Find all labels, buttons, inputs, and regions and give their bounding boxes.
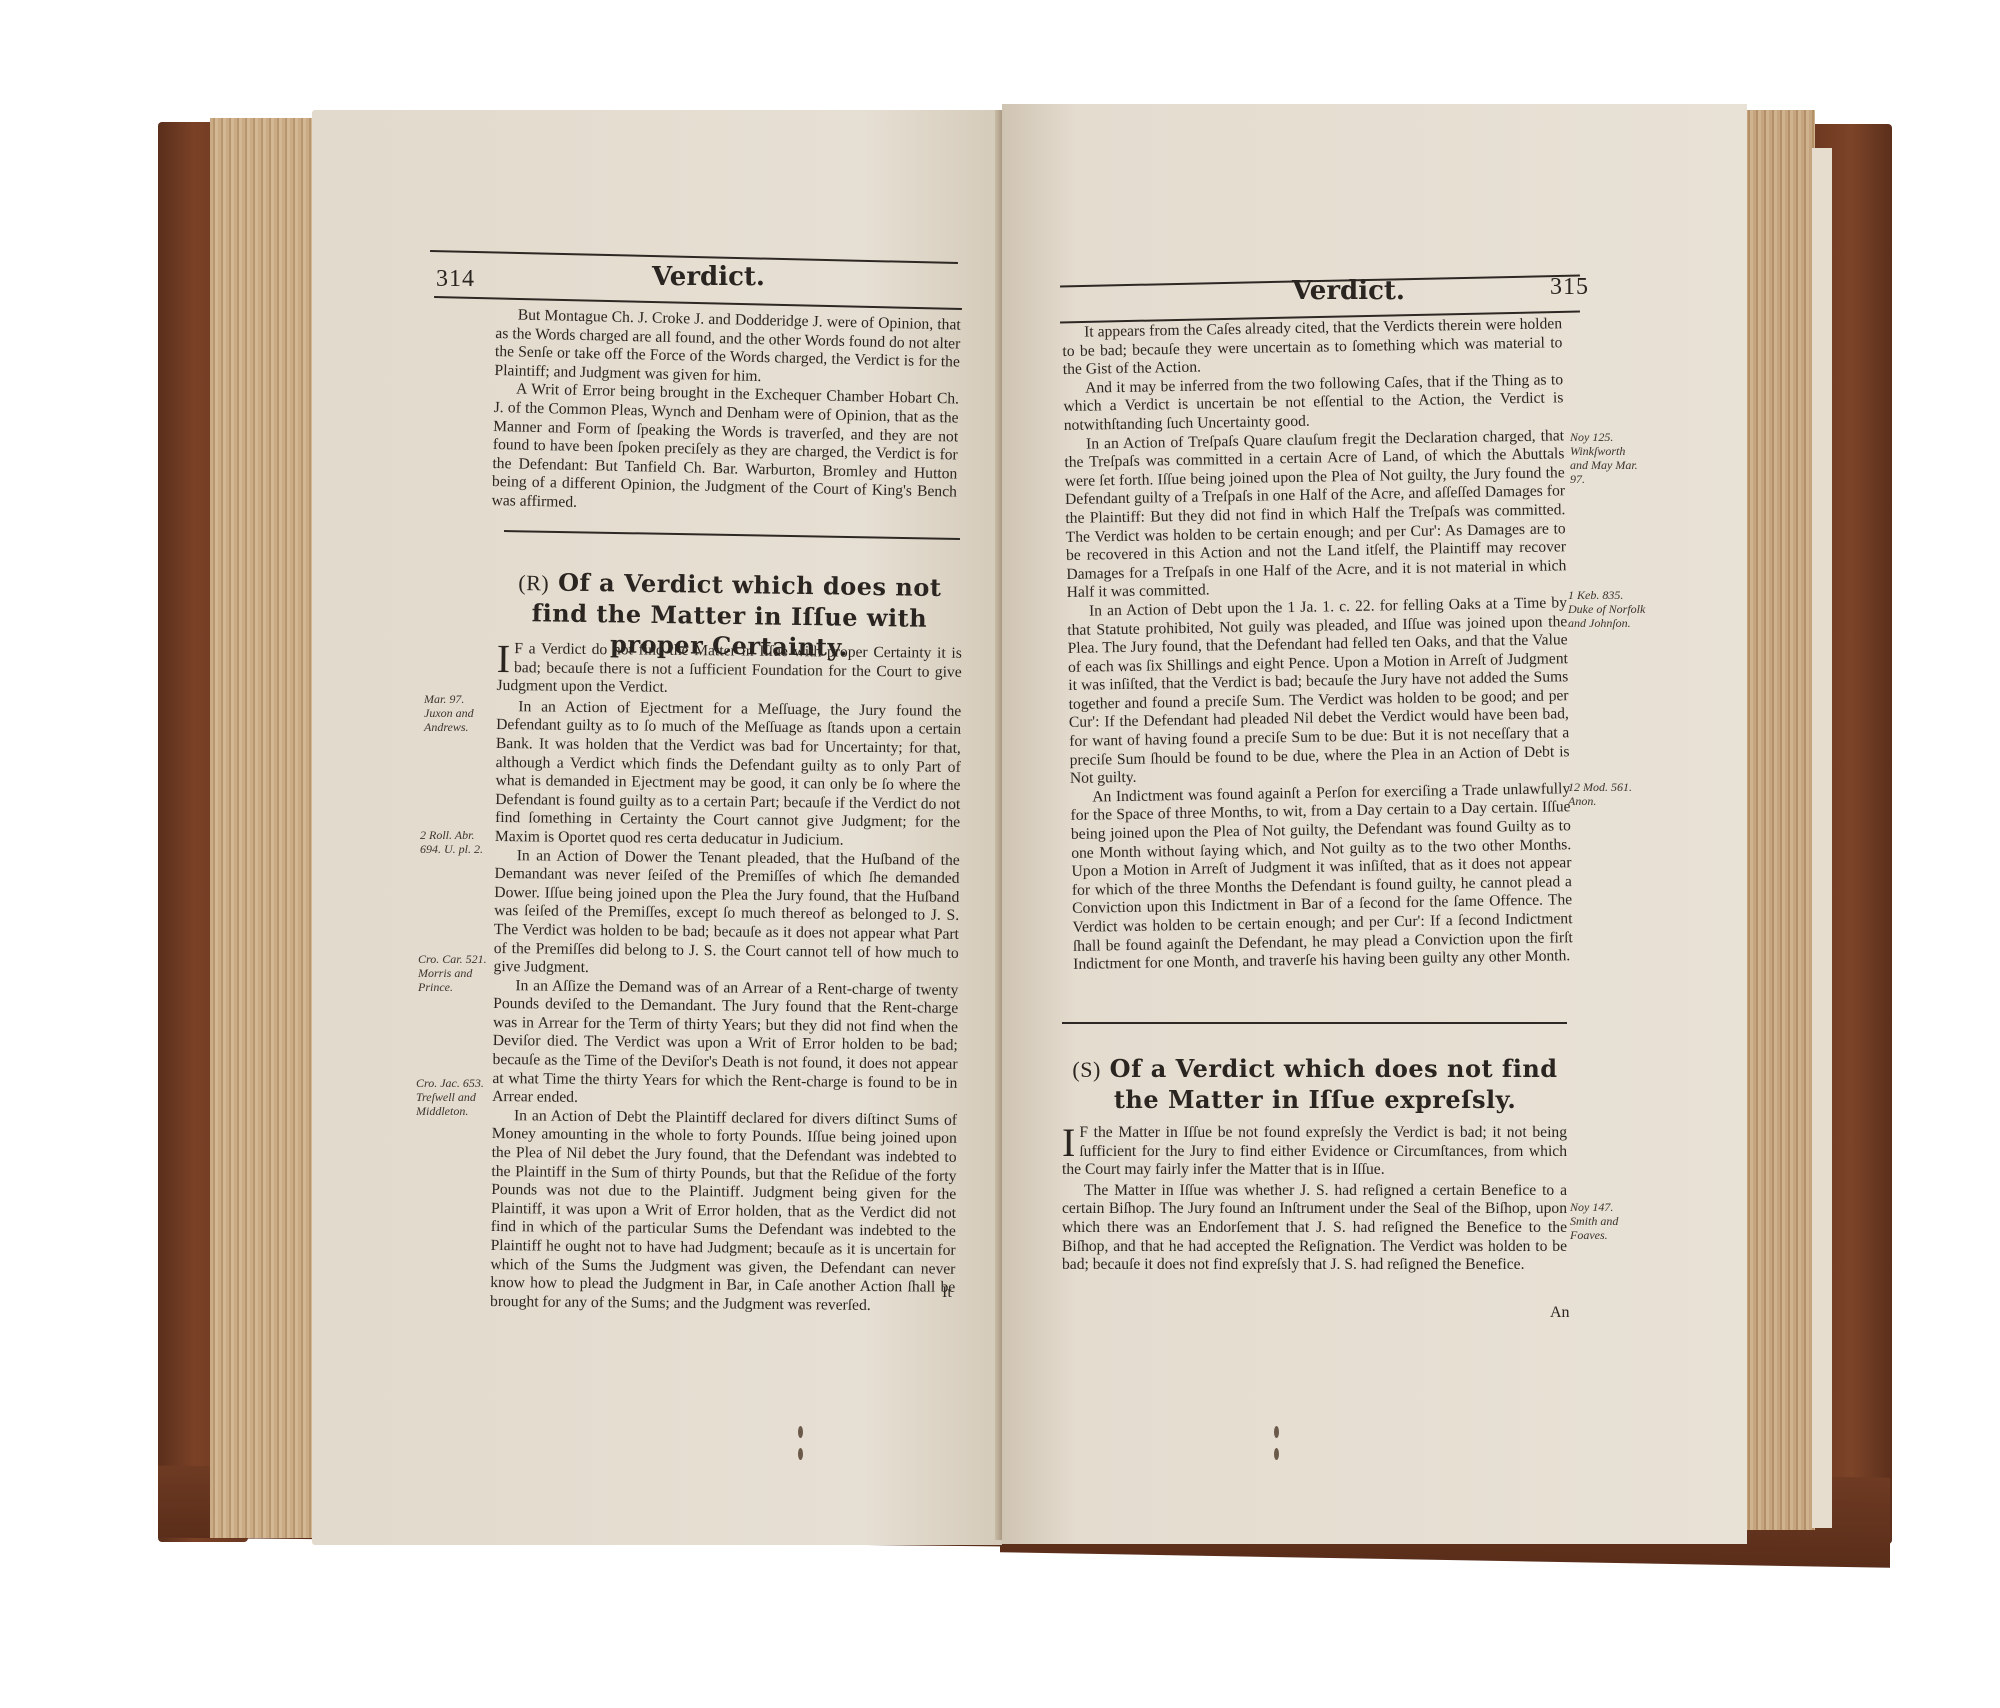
section-divider <box>1062 1022 1567 1024</box>
page-block-edge-right <box>1745 110 1815 1530</box>
paragraph: But Montague Ch. J. Croke J. and Dodderi… <box>494 306 961 391</box>
section-body-S: IF the Matter in Iſſue be not found expr… <box>1062 1124 1567 1275</box>
right-page: Verdict. 315 It appears from the Caſes a… <box>1002 104 1747 1544</box>
section-title: Of a Verdict which does not find the Mat… <box>1110 1054 1558 1114</box>
section-intro: IF a Verdict do not find the Matter in I… <box>496 640 962 701</box>
right-body-text: It appears from the Caſes already cited,… <box>1062 315 1573 974</box>
case-paragraph: In an Aſſize the Demand was of an Arrear… <box>492 977 958 1112</box>
paragraph: A Writ of Error being brought in the Exc… <box>491 380 959 521</box>
drop-cap: I <box>497 642 511 676</box>
case-paragraph: In an Action of Treſpaſs Quare clauſum f… <box>1064 427 1567 603</box>
section-letter: (R) <box>518 570 549 595</box>
binding-stitch <box>798 1426 803 1438</box>
margin-note: Cro. Jac. 653. Treſwell and Middleton. <box>416 1076 488 1118</box>
page-number: 314 <box>436 266 475 293</box>
margin-note: Noy 125. Winkſworth and May Mar. 97. <box>1570 430 1646 486</box>
paragraph: And it may be inferred from the two foll… <box>1063 371 1564 435</box>
case-paragraph: An Indictment was found againſt a Perſon… <box>1070 780 1573 975</box>
case-paragraph: In an Action of Ejectment for a Meſſuage… <box>495 698 962 852</box>
endpaper-right <box>1812 148 1832 1528</box>
margin-note: 1 Keb. 835. Duke of Norfolk and Johnſon. <box>1568 588 1646 630</box>
section-heading-S: (S) Of a Verdict which does not find the… <box>1060 1054 1570 1115</box>
running-head: Verdict. <box>1292 276 1405 306</box>
case-paragraph: In an Action of Debt upon the 1 Ja. 1. c… <box>1067 594 1570 789</box>
binding-stitch <box>1274 1426 1279 1438</box>
margin-note: 12 Mod. 561. Anon. <box>1568 780 1646 808</box>
drop-cap: I <box>1062 1126 1075 1160</box>
page-block-edge-left <box>210 118 316 1538</box>
case-paragraph: The Matter in Iſſue was whether J. S. ha… <box>1062 1182 1567 1275</box>
case-paragraph: In an Action of Dower the Tenant pleaded… <box>493 847 959 982</box>
margin-note: 2 Roll. Abr. 694. U. pl. 2. <box>420 828 492 856</box>
left-continuation-text: But Montague Ch. J. Croke J. and Dodderi… <box>491 306 961 521</box>
section-body-R: IF a Verdict do not find the Matter in I… <box>490 640 962 1316</box>
page-number: 315 <box>1550 274 1589 301</box>
margin-note: Mar. 97. Juxon and Andrews. <box>424 692 492 734</box>
binding-stitch <box>798 1448 803 1460</box>
section-divider <box>504 530 960 539</box>
running-head: Verdict. <box>652 262 765 292</box>
catchword: An <box>1550 1304 1570 1322</box>
section-intro: IF the Matter in Iſſue be not found expr… <box>1062 1124 1567 1180</box>
paragraph: It appears from the Caſes already cited,… <box>1062 315 1563 379</box>
binding-stitch <box>1274 1448 1279 1460</box>
left-page: 314 Verdict. But Montague Ch. J. Croke J… <box>312 110 1002 1545</box>
case-paragraph: In an Action of Debt the Plaintiff decla… <box>490 1107 957 1316</box>
margin-note: Noy 147. Smith and Foaves. <box>1570 1200 1640 1242</box>
margin-note: Cro. Car. 521. Morris and Prince. <box>418 952 490 994</box>
catchword: It <box>942 1284 952 1302</box>
section-letter: (S) <box>1072 1057 1100 1082</box>
